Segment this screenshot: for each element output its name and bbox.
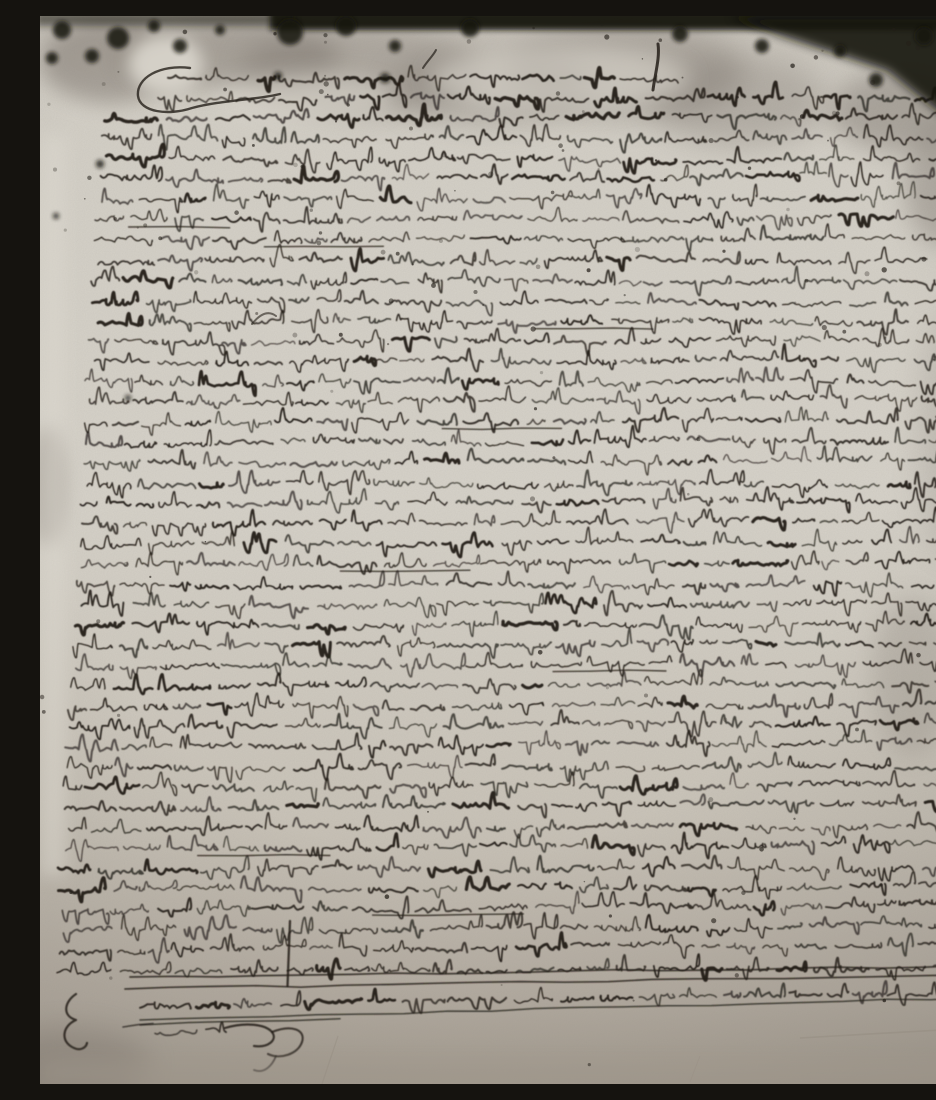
manuscript-page <box>40 16 936 1084</box>
manuscript-photo: Photograph of a historical handwritten m… <box>40 16 936 1084</box>
